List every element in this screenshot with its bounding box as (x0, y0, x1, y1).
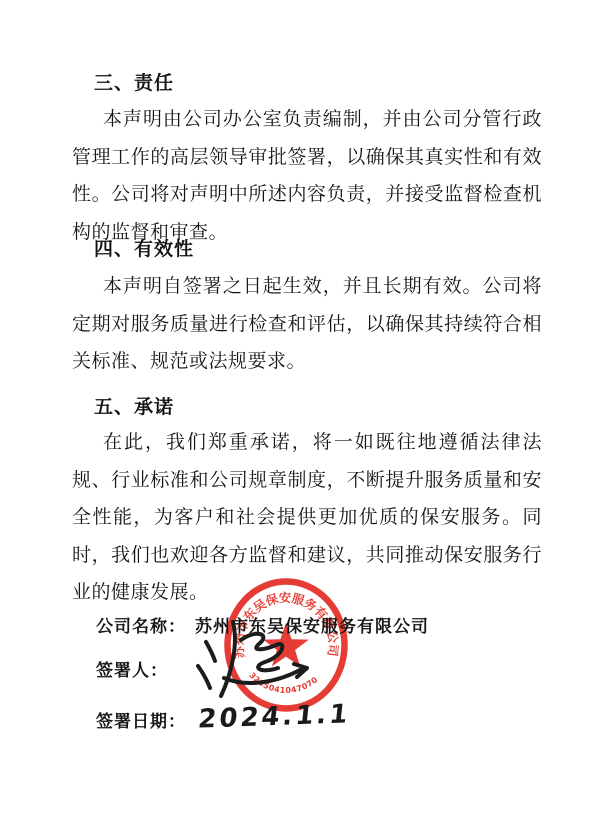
scanned-document-page: 三、责任 本声明由公司办公室负责编制，并由公司分管行政管理工作的高层领导审批签署… (0, 0, 593, 840)
signature-stroke (198, 666, 210, 688)
paragraph-responsibility: 本声明由公司办公室负责编制，并由公司分管行政管理工作的高层领导审批签署，以确保其… (72, 101, 542, 251)
section-heading-commitment: 五、承诺 (94, 395, 174, 421)
signer-label: 签署人： (96, 661, 168, 680)
signature-stroke (241, 634, 282, 671)
section-heading-responsibility: 三、责任 (94, 71, 174, 97)
paragraph-validity: 本声明自签署之日起生效，并且长期有效。公司将定期对服务质量进行检查和评估，以确保… (72, 268, 542, 381)
signer-row: 签署人： (96, 658, 168, 684)
handwritten-signature (196, 612, 321, 707)
section-heading-validity: 四、有效性 (94, 237, 194, 263)
company-name-label: 公司名称： (96, 617, 186, 636)
sign-date-row: 签署日期：2024.1.1 (96, 706, 350, 735)
sign-date-label: 签署日期： (96, 712, 186, 731)
signature-stroke (206, 642, 215, 661)
signature-stroke (221, 622, 235, 696)
